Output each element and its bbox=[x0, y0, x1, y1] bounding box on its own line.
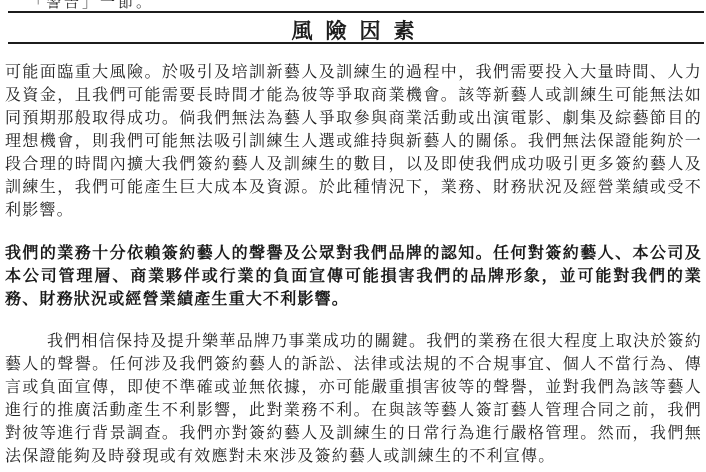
title-rule-bottom bbox=[8, 42, 704, 44]
title-rule-top bbox=[8, 11, 704, 13]
paragraph: 可能面臨重大風險。於吸引及培訓新藝人及訓練生的過程中，我們需要投入大量時間、人力… bbox=[5, 61, 702, 222]
paragraph: 我們相信保持及提升樂華品牌乃事業成功的關鍵。我們的業務在很大程度上取決於簽約藝人… bbox=[5, 330, 702, 468]
document-body: 可能面臨重大風險。於吸引及培訓新藝人及訓練生的過程中，我們需要投入大量時間、人力… bbox=[5, 61, 702, 468]
page-title: 風險因素 bbox=[0, 15, 706, 45]
paragraph: 我們的業務十分依賴簽約藝人的聲譽及公眾對我們品牌的認知。任何對簽約藝人、本公司及… bbox=[5, 242, 702, 311]
document-page: 「警告」一節。 風險因素 可能面臨重大風險。於吸引及培訓新藝人及訓練生的過程中，… bbox=[0, 0, 706, 472]
